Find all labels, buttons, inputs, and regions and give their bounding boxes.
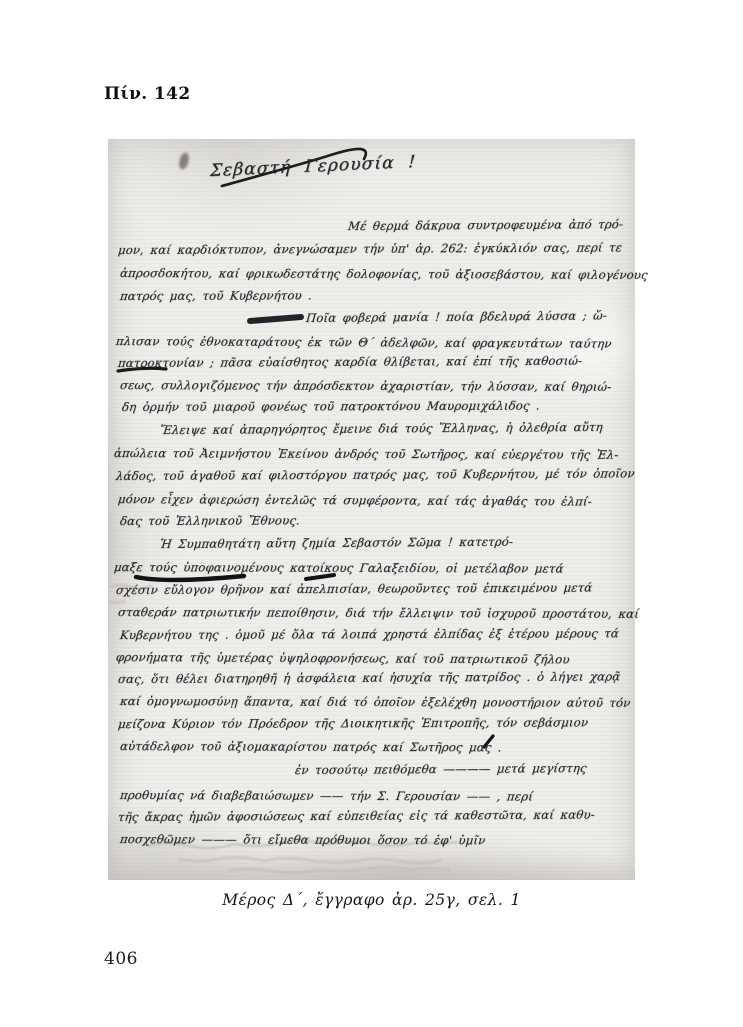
manuscript-line: Ἡ Συμπαθητάτη αὕτη ζημία Σεβαστόν Σῶμα !… <box>159 535 513 551</box>
manuscript-line: πατροκτονίαν ; πᾶσα εὐαίσθητος καρδία θλ… <box>117 354 583 370</box>
manuscript-line: ἀπώλεια τοῦ Ἀειμνήστου Ἐκείνου ἀνδρός το… <box>113 446 619 462</box>
manuscript-line: πατρός μας, τοῦ Κυβερνήτου . <box>119 288 312 303</box>
plate-label: Πίν. 142 <box>104 84 191 104</box>
manuscript-line: τῆς ἄκρας ἡμῶν ἀφοσιώσεως καί εὐπειθείας… <box>117 807 595 824</box>
ink-smudge <box>178 152 191 171</box>
manuscript-line: καί ὁμογνωμοσύνῃ ἅπαντα, καί διά τό ὁποῖ… <box>119 694 631 710</box>
manuscript-line: ἀπροσδοκήτου, καί φρικωδεστάτης δολοφονί… <box>119 266 648 282</box>
manuscript-line: αὐτάδελφον τοῦ ἀξιομακαρίστου πατρός καί… <box>119 739 502 754</box>
manuscript-line: φρονήματα τῆς ὑμετέρας ὑψηλοφρονήσεως, κ… <box>115 650 570 666</box>
manuscript-line: λάδος, τοῦ ἀγαθοῦ καί φιλοστόργου πατρός… <box>115 466 635 483</box>
underline-stroke <box>306 575 334 579</box>
manuscript-line: σας, ὅτι θέλει διατηρηθῆ ἡ ἀσφάλεια καί … <box>117 669 621 686</box>
manuscript-line: σταθεράν πατριωτικήν πεποίθησιν, διά τήν… <box>117 605 640 621</box>
manuscript-line: ἐν τοσούτῳ πειθόμεθα ———— μετά μεγίστης <box>294 761 587 777</box>
manuscript-line: ποσχεθῶμεν ——— ὅτι εἴμεθα πρόθυμοι ὅσον … <box>119 832 486 847</box>
page-number: 406 <box>104 949 138 969</box>
manuscript-line: πλισαν τούς ἐθνοκαταράτους ἐκ τῶν Θ΄ ἀδε… <box>115 334 612 351</box>
manuscript-line: σχέσιν εὔλογον θρῆνον καί ἀπελπισίαν, θε… <box>115 581 593 598</box>
figure-caption: Μέρος Δ΄, ἔγγραφο ἀρ. 25γ, σελ. 1 <box>0 891 743 909</box>
manuscript-scan: Σεβαστή Γερουσία !Μέ θερμά δάκρυα συντρο… <box>108 139 635 880</box>
manuscript-line: προθυμίας νά διαβεβαιώσωμεν —— τήν Σ. Γε… <box>119 788 534 803</box>
manuscript-heading: Σεβαστή Γερουσία ! <box>209 152 416 181</box>
underline-stroke <box>136 576 244 580</box>
manuscript-line: Κυβερνήτου της . ὁμοῦ μέ ὅλα τά λοιπά χρ… <box>119 626 619 642</box>
manuscript-line: μόνον εἶχεν ἀφιερώση ἐντελῶς τά συμφέρον… <box>117 492 592 508</box>
manuscript-line: μον, καί καρδιόκτυπον, ἀνεγνώσαμεν τήν ὑ… <box>117 240 622 257</box>
ink-dash <box>250 317 301 321</box>
manuscript-line: Μέ θερμά δάκρυα συντροφευμένα ἀπό τρό- <box>347 217 623 233</box>
manuscript-line: δη ὁρμήν τοῦ μιαροῦ φονέως τοῦ πατροκτόν… <box>121 399 540 414</box>
manuscript-line: σεως, συλλογιζόμενος τήν ἀπρόσδεκτον ἀχα… <box>119 378 612 394</box>
manuscript-line: δας τοῦ Ἑλληνικοῦ Ἔθνους. <box>119 513 300 528</box>
manuscript-line: μείζονα Κύριον τόν Πρόεδρον τῆς Διοικητι… <box>117 715 589 731</box>
manuscript-line: μαξε τούς ὑποφαινομένους κατοίκους Γαλαξ… <box>113 560 564 576</box>
manuscript-line: Ἔλειψε καί ἀπαρηγόρητος ἔμεινε διά τούς … <box>159 420 603 437</box>
manuscript-line: Ποῖα φοβερά μανία ! ποία βδελυρά λύσσα ;… <box>305 308 607 325</box>
